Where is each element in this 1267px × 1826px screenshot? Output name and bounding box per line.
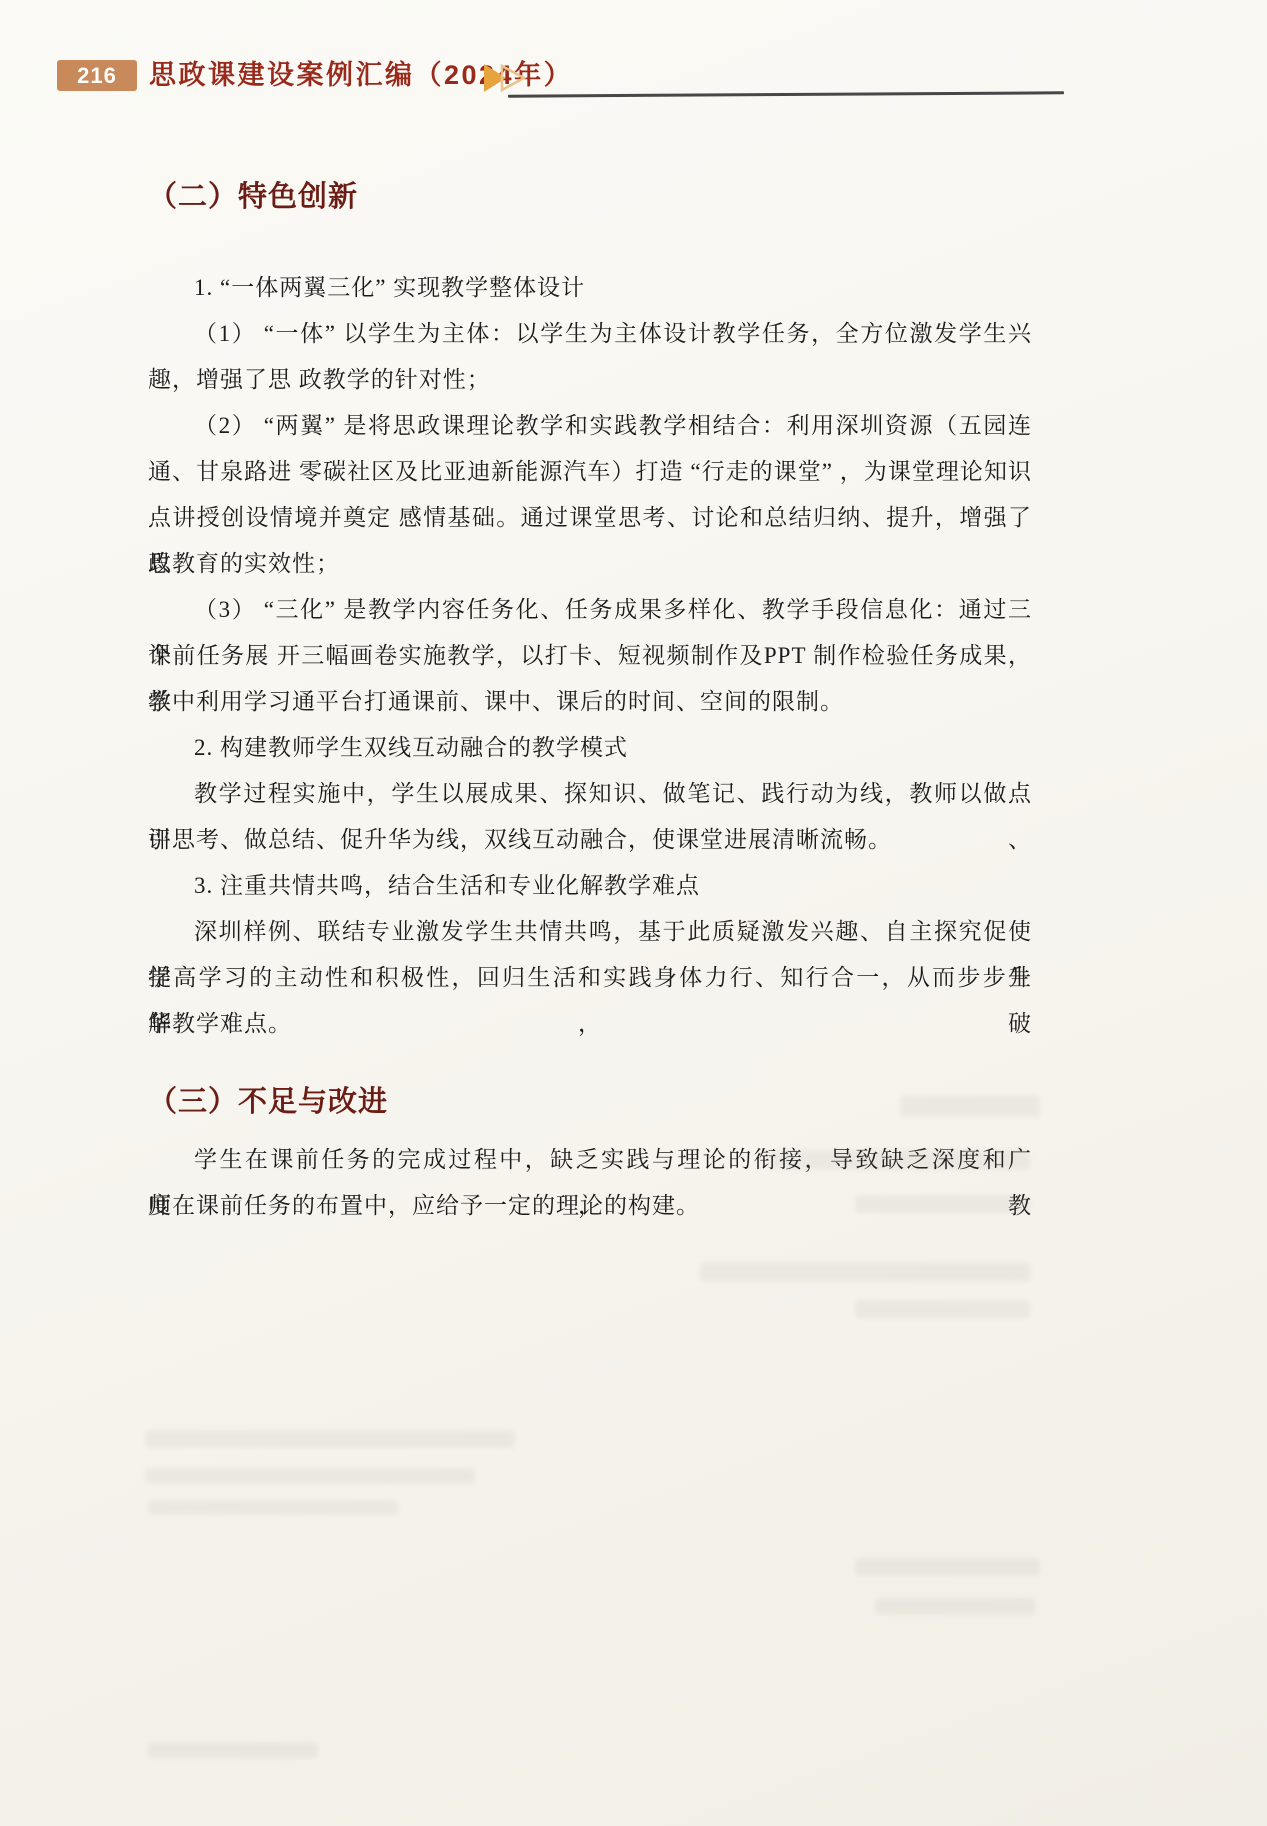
section-heading-2: （二）特色创新 (148, 171, 1032, 223)
scanned-book-page: 216 思政课建设案例汇编（2024年） （二）特色创新 1. “一体两翼三化”… (0, 0, 1267, 1826)
page-number-badge: 216 (57, 60, 137, 91)
text-line: （1） “一体” 以学生为主体：以学生为主体设计教学任务，全方位激发学生兴 (148, 311, 1032, 357)
text-line: 教学过程实施中，学生以展成果、探知识、做笔记、践行动为线，教师以做点评、 (148, 771, 1032, 817)
text-line: 1. “一体两翼三化” 实现教学整体设计 (148, 265, 1032, 311)
text-line: （3） “三化” 是教学内容任务化、任务成果多样化、教学手段信息化：通过三个 (148, 587, 1032, 633)
text-line: 提高学习的主动性和积极性，回归生活和实践身体力行、知行合一，从而步步升华，破 (148, 955, 1032, 1001)
bleedthrough-artifact (855, 1300, 1030, 1318)
text-line: （2） “两翼” 是将思政课理论教学和实践教学相结合：利用深圳资源（五园连 (148, 403, 1032, 449)
text-line: 通、甘泉路进 零碳社区及比亚迪新能源汽车）打造 “行走的课堂” ，为课堂理论知识 (148, 449, 1032, 495)
bleedthrough-artifact (855, 1558, 1040, 1576)
header-rule (508, 91, 1064, 97)
double-chevron-right-icon (482, 63, 530, 93)
text-line: 深圳样例、联结专业激发学生共情共鸣，基于此质疑激发兴趣、自主探究促使学生 (148, 909, 1032, 955)
bleedthrough-artifact (145, 1468, 475, 1484)
text-line: 课前任务展 开三幅画卷实施教学，以打卡、短视频制作及PPT 制作检验任务成果，教 (148, 633, 1032, 679)
text-line: 3. 注重共情共鸣，结合生活和专业化解教学难点 (148, 863, 1032, 909)
bleedthrough-artifact (700, 1262, 1030, 1282)
bleedthrough-artifact (148, 1742, 318, 1758)
text-line: 2. 构建教师学生双线互动融合的教学模式 (148, 725, 1032, 771)
bleedthrough-artifact (875, 1598, 1035, 1614)
bleedthrough-artifact (148, 1500, 398, 1515)
text-line: 政教育的实效性； (148, 541, 1032, 587)
text-line: 趣，增强了思 政教学的针对性； (148, 357, 1032, 403)
page-content: （二）特色创新 1. “一体两翼三化” 实现教学整体设计（1） “一体” 以学生… (148, 171, 1032, 1229)
section-2-body: 1. “一体两翼三化” 实现教学整体设计（1） “一体” 以学生为主体：以学生为… (148, 265, 1032, 1047)
bleedthrough-artifact (900, 1095, 1040, 1117)
bleedthrough-artifact (855, 1195, 1030, 1213)
text-line: 学中利用学习通平台打通课前、课中、课后的时间、空间的限制。 (148, 679, 1032, 725)
bleedthrough-artifact (770, 1150, 1030, 1170)
text-line: 点讲授创设情境并奠定 感情基础。通过课堂思考、讨论和总结归纳、提升，增强了思 (148, 495, 1032, 541)
bleedthrough-artifact (145, 1430, 515, 1448)
